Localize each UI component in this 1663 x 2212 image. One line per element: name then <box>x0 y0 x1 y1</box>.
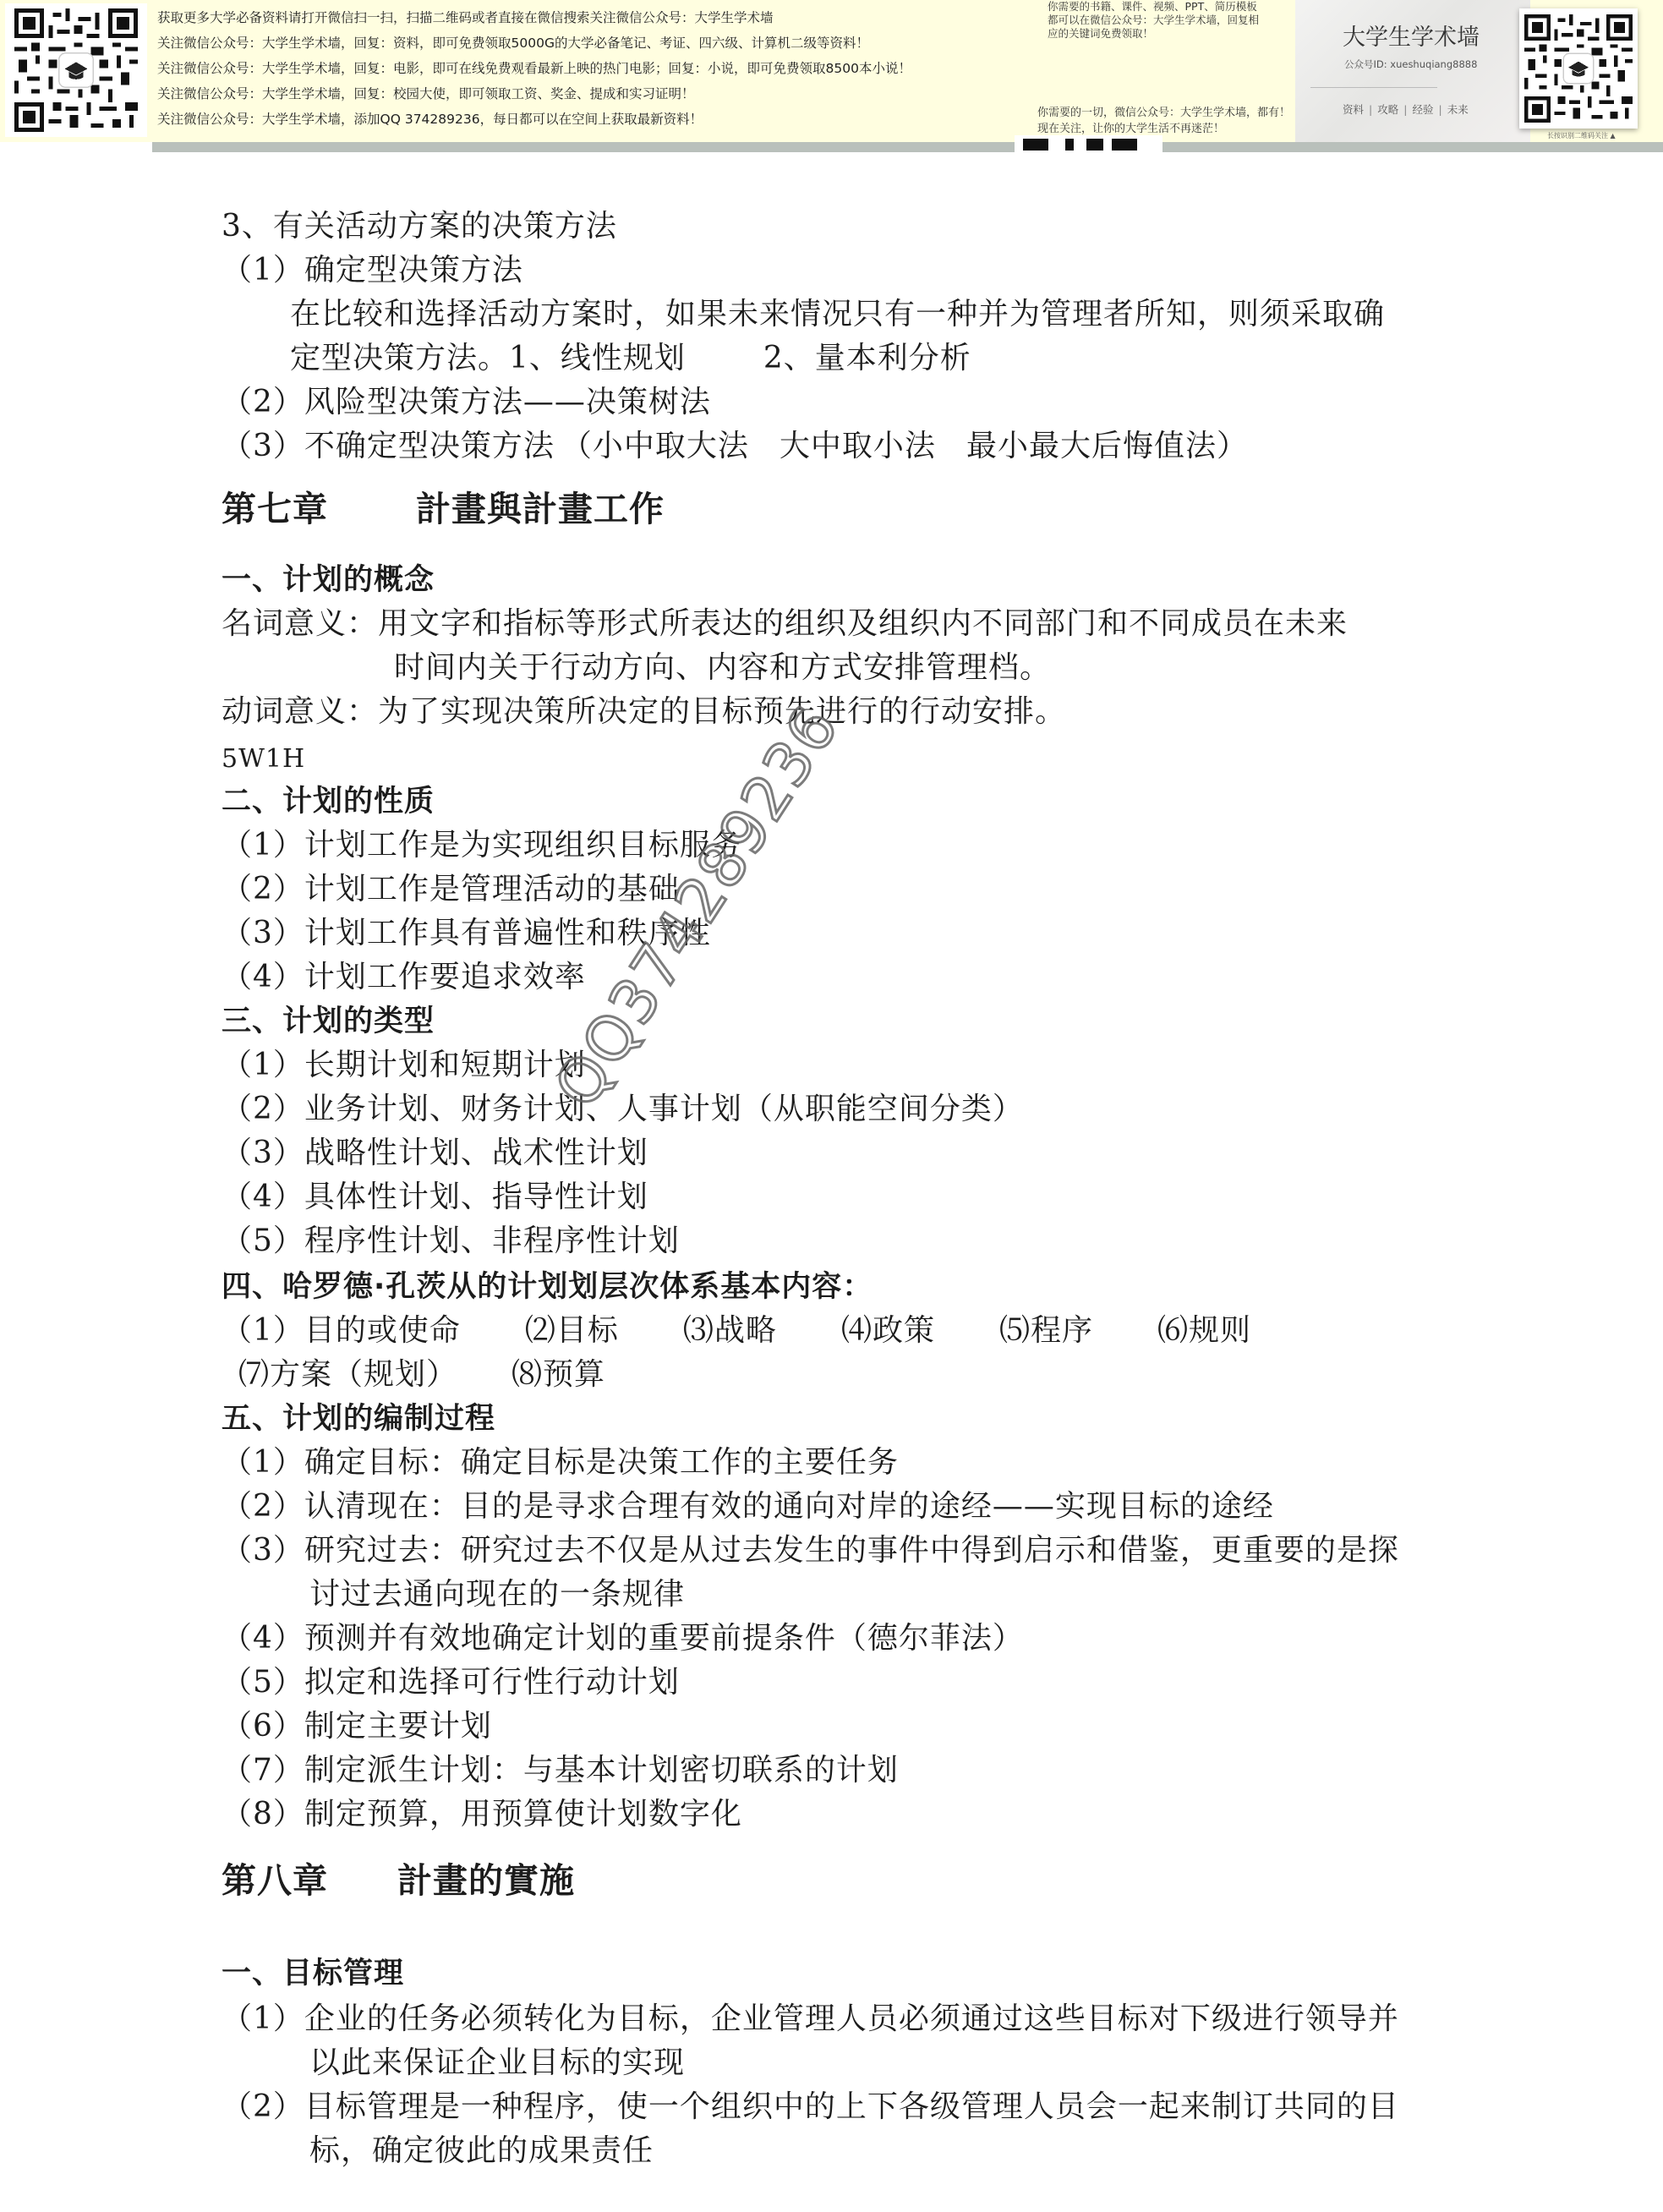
list-item: （1）长期计划和短期计划 <box>222 1047 586 1084</box>
paragraph-line: 定型决策方法。1、线性规划2、量本利分析 <box>290 340 971 377</box>
chapter-heading: 第八章計畫的實施 <box>222 1862 575 1899</box>
hierarchy-row: ⑺方案（规划）⑻预算 <box>238 1356 605 1393</box>
section-title: 一、计划的概念 <box>222 561 435 599</box>
promo-line: 关注微信公众号：大学生学术墙，添加QQ 374289236，每日都可以在空间上获… <box>157 107 911 132</box>
definition-text: 用文字和指标等形式所表达的组织及组织内不同部门和不同成员在未来 <box>378 606 1348 641</box>
hierarchy-item: ⑷政策 <box>841 1313 935 1348</box>
paragraph-line: 在比较和选择活动方案时，如果未来情况只有一种并为管理者所知，则须采取确 <box>290 296 1385 333</box>
hierarchy-item: ⑻预算 <box>511 1357 605 1392</box>
list-item: （3）战略性计划、战术性计划 <box>222 1135 648 1172</box>
chapter-number: 第八章 <box>222 1860 328 1901</box>
list-item: （2）计划工作是管理活动的基础 <box>222 871 680 908</box>
separator: | <box>1438 103 1441 116</box>
side-note-follow: 你需要的一切，微信公众号：大学生学术墙，都有！ 现在关注，让你的大学生活不再迷茫… <box>1037 105 1290 137</box>
definition-continued: 时间内关于行动方向、内容和方式安排管理档。 <box>394 649 1051 687</box>
section-title: 一、目标管理 <box>222 1955 404 1992</box>
list-item: （7）制定派生计划：与基本计划密切联系的计划 <box>222 1752 899 1789</box>
side-note-line: 都可以在微信公众号：大学生学术墙，回复相 <box>1048 14 1259 27</box>
tag-future: 未来 <box>1447 103 1469 116</box>
hierarchy-item: ⑹规则 <box>1157 1313 1251 1348</box>
list-item: （2）风险型决策方法——决策树法 <box>222 384 711 421</box>
promo-line: 关注微信公众号：大学生学术墙，回复：校园大使，即可领取工资、奖金、提成和实习证明… <box>157 81 911 107</box>
side-note-line: 你需要的书籍、课件、视频、PPT、简历模板 <box>1048 0 1259 14</box>
account-id: 公众号ID: xueshuqiang8888 <box>1344 57 1477 71</box>
definition-label: 动词意义： <box>222 694 378 729</box>
list-item: （1）确定型决策方法 <box>222 252 523 289</box>
definition-noun: 名词意义：用文字和指标等形式所表达的组织及组织内不同部门和不同成员在未来 <box>222 605 1348 643</box>
list-item: （1）企业的任务必须转化为目标，企业管理人员必须通过这些目标对下级进行领导并 <box>222 2001 1399 2038</box>
account-card: 大学生学术墙 公众号ID: xueshuqiang8888 资料|攻略|经验|未… <box>1295 0 1530 142</box>
definition-verb: 动词意义：为了实现决策所决定的目标预先进行的行动安排。 <box>222 693 1066 731</box>
hierarchy-item: ⑶战略 <box>683 1313 777 1348</box>
qr-code-fragment <box>1015 135 1162 154</box>
hierarchy-item: ⑺方案（规划） <box>238 1357 457 1392</box>
list-item: （2）认清现在：目的是寻求合理有效的通向对岸的途经——实现目标的途经 <box>222 1488 1274 1525</box>
list-item: （5）拟定和选择可行性行动计划 <box>222 1664 680 1701</box>
side-note-line: 你需要的一切，微信公众号：大学生学术墙，都有！ <box>1037 105 1290 121</box>
tag-experience: 经验 <box>1412 103 1433 116</box>
chapter-heading: 第七章計畫與計畫工作 <box>222 490 665 528</box>
tag-guides: 攻略 <box>1377 103 1398 116</box>
method-minimax: 大中取小法 <box>780 429 936 463</box>
section-title: 四、哈罗德·孔茨从的计划划层次体系基本内容： <box>222 1268 873 1306</box>
section-title: 三、计划的类型 <box>222 1003 435 1040</box>
hierarchy-item: ⑵目标 <box>525 1313 619 1348</box>
qr-code-icon[interactable] <box>5 3 147 137</box>
method-linear-programming: 定型决策方法。1、线性规划 <box>290 341 686 375</box>
list-item: （2）业务计划、财务计划、人事计划（从职能空间分类） <box>222 1091 1024 1128</box>
list-item: （6）制定主要计划 <box>222 1708 492 1745</box>
chapter-number: 第七章 <box>222 489 328 529</box>
method-cvp-analysis: 2、量本利分析 <box>763 341 971 375</box>
list-item: （4）预测并有效地确定计划的重要前提条件（德尔菲法） <box>222 1620 1024 1657</box>
list-item: （3）研究过去：研究过去不仅是从过去发生的事件中得到启示和借鉴，更重要的是探 <box>222 1532 1399 1569</box>
list-item-continued: 以此来保证企业目标的实现 <box>309 2045 685 2082</box>
list-item: （4）具体性计划、指导性计划 <box>222 1179 648 1216</box>
section-title: 二、计划的性质 <box>222 783 435 820</box>
list-item: （3）不确定型决策方法（小中取大法大中取小法最小最大后悔值法） <box>222 428 1248 465</box>
list-item: （1）计划工作是为实现组织目标服务 <box>222 827 742 864</box>
list-item-label: （3）不确定型决策方法 <box>222 429 555 463</box>
promo-line: 获取更多大学必备资料请打开微信扫一扫，扫描二维码或者直接在微信搜索关注微信公众号… <box>157 5 911 30</box>
list-item-continued: 讨过去通向现在的一条规律 <box>309 1576 685 1613</box>
list-item: （5）程序性计划、非程序性计划 <box>222 1223 680 1260</box>
promo-banner: 获取更多大学必备资料请打开微信扫一扫，扫描二维码或者直接在微信搜索关注微信公众号… <box>0 0 1663 152</box>
chapter-title: 計畫的實施 <box>397 1860 575 1901</box>
account-name: 大学生学术墙 <box>1343 19 1480 52</box>
promo-line: 关注微信公众号：大学生学术墙，回复：资料，即可免费领取5000G的大学必备笔记、… <box>157 30 911 56</box>
separator: | <box>1403 103 1407 116</box>
definition-text: 为了实现决策所决定的目标预先进行的行动安排。 <box>378 694 1066 729</box>
divider <box>1310 87 1437 88</box>
tag-resources: 资料 <box>1343 103 1364 116</box>
side-note-line: 应的关键词免费领取！ <box>1048 27 1259 41</box>
promo-line: 关注微信公众号：大学生学术墙，回复：电影，即可在线免费观看最新上映的热门电影；回… <box>157 56 911 81</box>
list-item: （2）目标管理是一种程序，使一个组织中的上下各级管理人员会一起来制订共同的目 <box>222 2089 1399 2126</box>
method-minimax-regret: 最小最大后悔值法） <box>966 429 1248 463</box>
definition-label: 名词意义： <box>222 606 378 641</box>
list-item-continued: 标，确定彼此的成果责任 <box>309 2133 654 2170</box>
qr-caption: 长按识别二维码关注 ▲ <box>1547 131 1616 140</box>
promo-text-block: 获取更多大学必备资料请打开微信扫一扫，扫描二维码或者直接在微信搜索关注微信公众号… <box>157 5 911 132</box>
hierarchy-item: ⑸程序 <box>999 1313 1093 1348</box>
section-title: 五、计划的编制过程 <box>222 1400 495 1437</box>
qr-code-icon[interactable] <box>1519 8 1638 129</box>
chapter-title: 計畫與計畫工作 <box>416 489 665 529</box>
method-maximin: （小中取大法 <box>561 429 749 463</box>
note-5w1h: 5W1H <box>222 741 305 778</box>
list-item: （8）制定预算，用预算使计划数字化 <box>222 1796 742 1833</box>
account-tags: 资料|攻略|经验|未来 <box>1343 101 1469 117</box>
hierarchy-item: （1）目的或使命 <box>222 1313 461 1348</box>
side-note-resources: 你需要的书籍、课件、视频、PPT、简历模板 都可以在微信公众号：大学生学术墙，回… <box>1048 0 1259 41</box>
section-title: 3、有关活动方案的决策方法 <box>222 208 617 245</box>
list-item: （4）计划工作要追求效率 <box>222 959 586 996</box>
list-item: （1）确定目标：确定目标是决策工作的主要任务 <box>222 1444 899 1481</box>
hierarchy-row: （1）目的或使命⑵目标⑶战略⑷政策⑸程序⑹规则 <box>222 1312 1251 1350</box>
separator: | <box>1369 103 1372 116</box>
